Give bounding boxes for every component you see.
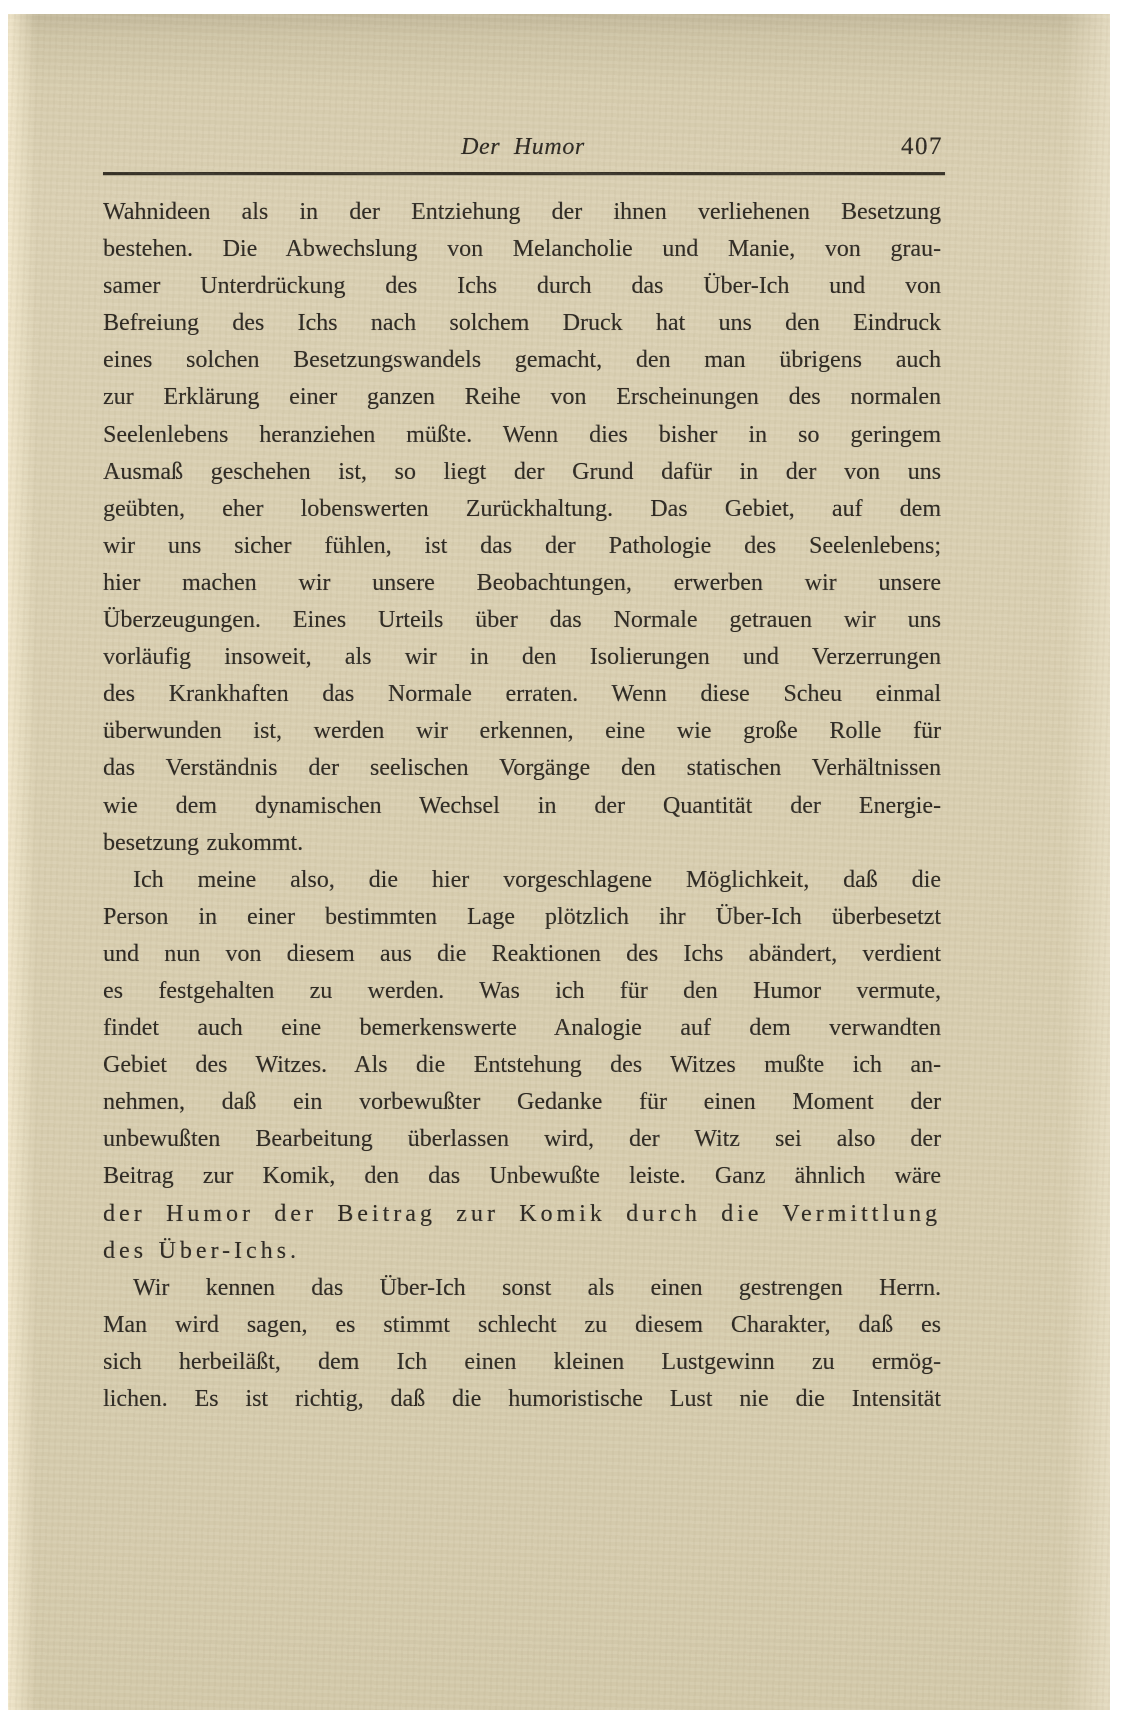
text-line: das Verständnis der seelischen Vorgänge … xyxy=(103,750,941,787)
text-line: Beitrag zur Komik, den das Unbewußte lei… xyxy=(103,1158,941,1195)
text-line: wie dem dynamischen Wechsel in der Quant… xyxy=(103,788,941,825)
text-line: findet auch eine bemerkenswerte Analogie… xyxy=(103,1010,941,1047)
text-line: unbewußten Bearbeitung überlassen wird, … xyxy=(103,1121,941,1158)
text-line: des Krankhaften das Normale erraten. Wen… xyxy=(103,676,941,713)
text-line: Ich meine also, die hier vorgeschlagene … xyxy=(103,862,941,899)
running-title: Der Humor xyxy=(103,130,943,164)
scan-background: Der Humor 407 Wahnideen als in der Entzi… xyxy=(0,0,1133,1717)
text-line: geübten, eher lobenswerten Zurückhaltung… xyxy=(103,491,941,528)
text-line: samer Unterdrückung des Ichs durch das Ü… xyxy=(103,268,941,305)
text-line: Wahnideen als in der Entziehung der ihne… xyxy=(103,194,941,231)
page-header: Der Humor 407 xyxy=(103,130,943,164)
page-number: 407 xyxy=(901,130,943,164)
text-line: besetzung zukommt. xyxy=(103,825,941,862)
header-rule xyxy=(103,172,945,175)
text-line: der Humor der Beitrag zur Komik durch di… xyxy=(103,1196,941,1233)
text-line: lichen. Es ist richtig, daß die humorist… xyxy=(103,1381,941,1418)
text-line: Man wird sagen, es stimmt schlecht zu di… xyxy=(103,1307,941,1344)
text-line: Seelenlebens heranziehen müßte. Wenn die… xyxy=(103,417,941,454)
text-line: Befreiung des Ichs nach solchem Druck ha… xyxy=(103,305,941,342)
text-line: vorläufig insoweit, als wir in den Isoli… xyxy=(103,639,941,676)
text-line: Wir kennen das Über-Ich sonst als einen … xyxy=(103,1270,941,1307)
text-line: Person in einer bestimmten Lage plötzlic… xyxy=(103,899,941,936)
text-line: Gebiet des Witzes. Als die Entstehung de… xyxy=(103,1047,941,1084)
text-line: nehmen, daß ein vorbewußter Gedanke für … xyxy=(103,1084,941,1121)
text-line: sich herbeiläßt, dem Ich einen kleinen L… xyxy=(103,1344,941,1381)
text-line: es festgehalten zu werden. Was ich für d… xyxy=(103,973,941,1010)
text-line: eines solchen Besetzungswandels gemacht,… xyxy=(103,342,941,379)
text-line: des Über-Ichs. xyxy=(103,1233,941,1270)
text-line: bestehen. Die Abwechslung von Melancholi… xyxy=(103,231,941,268)
text-line: und nun von diesem aus die Reaktionen de… xyxy=(103,936,941,973)
book-page: Der Humor 407 Wahnideen als in der Entzi… xyxy=(8,14,1110,1710)
text-line: hier machen wir unsere Beobachtungen, er… xyxy=(103,565,941,602)
text-line: Überzeugungen. Eines Urteils über das No… xyxy=(103,602,941,639)
body-text: Wahnideen als in der Entziehung der ihne… xyxy=(103,194,941,1418)
text-line: zur Erklärung einer ganzen Reihe von Ers… xyxy=(103,379,941,416)
text-line: überwunden ist, werden wir erkennen, ein… xyxy=(103,713,941,750)
text-line: wir uns sicher fühlen, ist das der Patho… xyxy=(103,528,941,565)
text-line: Ausmaß geschehen ist, so liegt der Grund… xyxy=(103,454,941,491)
